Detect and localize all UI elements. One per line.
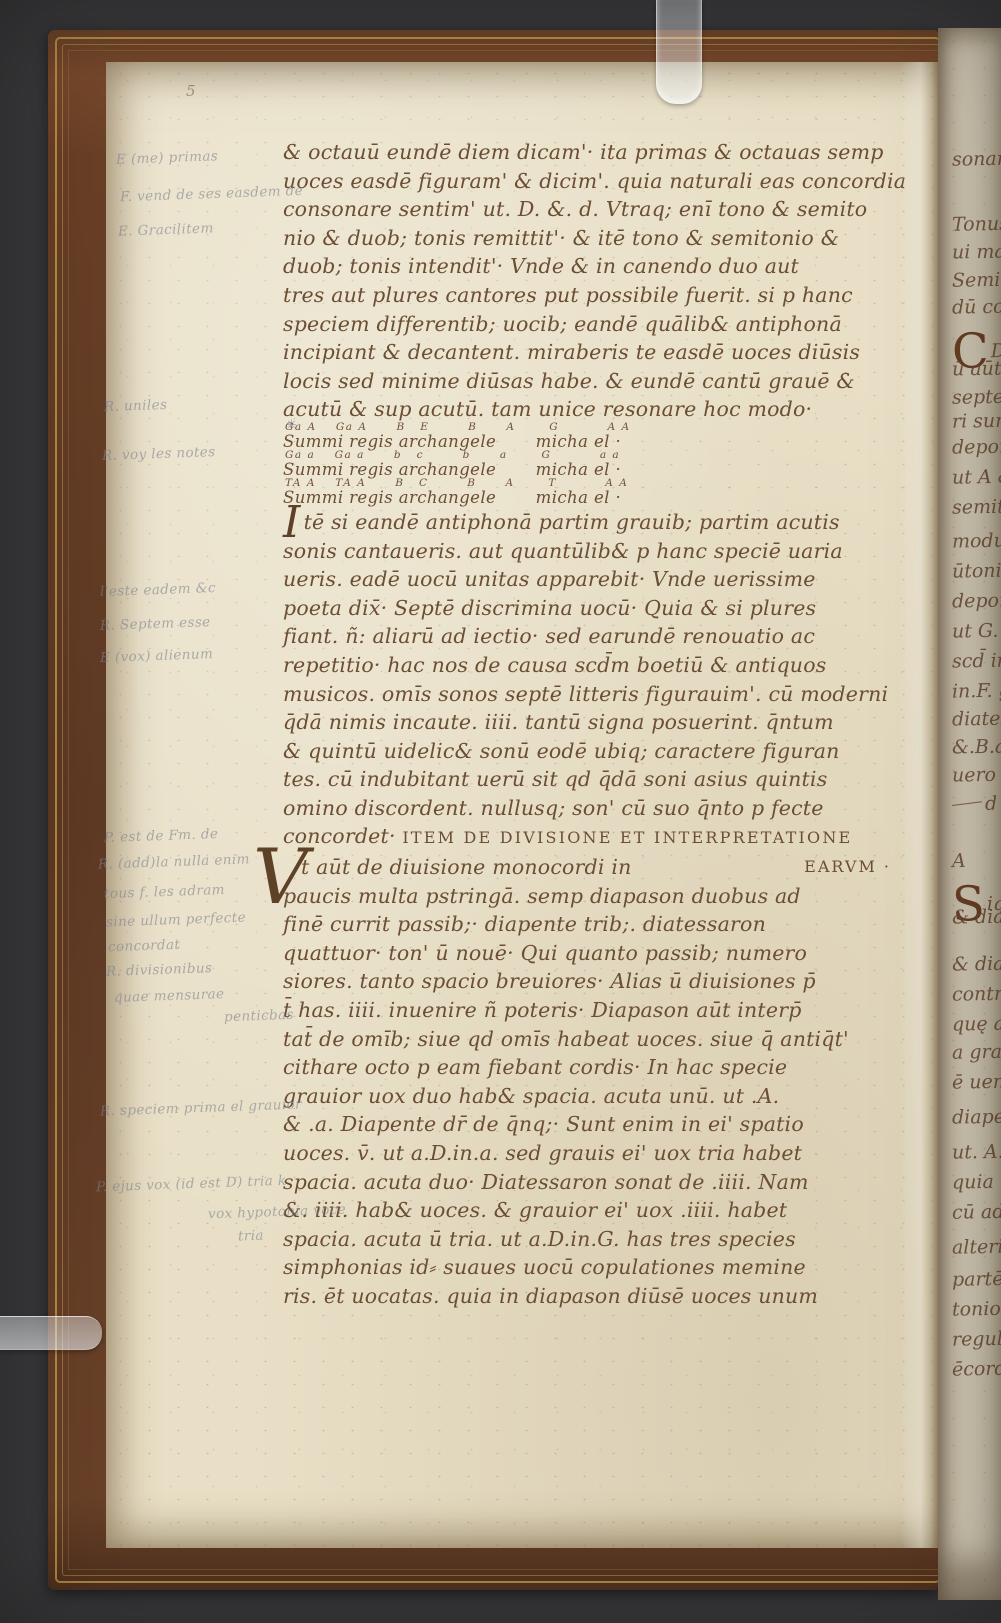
facing-page-line: ut G. b	[952, 619, 1001, 642]
facing-page-line: contrari	[952, 982, 1001, 1005]
facing-page-line: dū con,	[952, 295, 1001, 318]
manuscript-line: tat̄ de omīb; siue qd omīs habeat uoces.…	[283, 1025, 901, 1054]
pencil-margin-note: R. speciem prima el grauior	[100, 1096, 302, 1119]
manuscript-page: 5 ✳ & octauū eundē diem dicam'· ita prim…	[106, 62, 940, 1548]
manuscript-line: omino discordent. nullusq; son' cū suo q…	[283, 794, 901, 823]
facing-page-line: a grauib	[952, 1040, 1001, 1063]
facing-page-line: regulare	[952, 1327, 1001, 1350]
page-holder-clip-bottom	[0, 1316, 102, 1350]
facing-page-line: ri sunt e	[952, 409, 1001, 432]
manuscript-line: poeta dix̄· Septē discrimina uocū· Quia …	[283, 594, 901, 623]
manuscript-line: repetitio· hac nos de causa scd̄m boetiū…	[283, 651, 901, 680]
manuscript-line: sonis cantaueris. aut quantūlib& p hanc …	[283, 537, 901, 566]
manuscript-line: & octauū eundē diem dicam'· ita primas &…	[283, 138, 901, 167]
pencil-margin-note: P. ejus vox (id est D) tria k	[96, 1173, 287, 1196]
pencil-margin-note: F. vend de ses easdem de	[120, 183, 304, 205]
facing-page-line: modus⸗	[952, 529, 1001, 553]
pencil-margin-note: l'este eadem &c	[100, 580, 216, 600]
pencil-margin-note: tous f. les adram	[104, 882, 225, 902]
rubric-heading: EARVM ·	[804, 853, 891, 882]
facing-page-line: ut. A.E.	[952, 1140, 1001, 1163]
manuscript-line: concordet· ITEM DE DIVISIONE ET INTERPRE…	[283, 822, 901, 853]
facing-page-line: &.B.a	[952, 736, 1001, 759]
pencil-margin-note: P. est de Fm. de	[104, 826, 219, 846]
text-block: & octauū eundē diem dicam'· ita primas &…	[283, 138, 901, 1311]
page-holder-clip-top	[656, 0, 702, 104]
facing-page-line: ui mai	[952, 240, 1001, 263]
monochord-diagram-line	[952, 801, 982, 806]
chant-text: Summi regis archangele micha el ·	[283, 488, 621, 507]
facing-page-line: diapent	[952, 1105, 1001, 1128]
pencil-margin-note: R. (add)la nulla enim	[98, 851, 250, 872]
manuscript-line: consonare sentim' ut. D. &. d. Vtraq; en…	[283, 195, 901, 224]
pencil-margin-note: R. uniles	[104, 397, 168, 415]
manuscript-line: &. iiii. hab& uoces. & grauior ei' uox .…	[283, 1196, 901, 1225]
manuscript-photo: 5 ✳ & octauū eundē diem dicam'· ita prim…	[0, 0, 1001, 1623]
manuscript-line: nio & duob; tonis remittit'· & itē tono …	[283, 224, 901, 253]
facing-page-line: tonio pa	[952, 1297, 1001, 1320]
pencil-margin-note: E (vox) alienum	[100, 646, 214, 666]
pencil-margin-note: R. voy les notes	[102, 444, 216, 464]
manuscript-line: speciem differentib; uocib; eandē quālib…	[283, 310, 901, 339]
manuscript-line: locis sed minime diūsas habe. & eundē ca…	[283, 367, 901, 396]
facing-page-line: semiton	[952, 495, 1001, 518]
folio-mark: 5	[186, 82, 196, 100]
facing-page-line: d	[952, 793, 998, 816]
neume-line: TA A TA A B C B A T A ASummi regis archa…	[283, 480, 901, 508]
manuscript-line: tes. cū indubitant uerū sit qd q̄dā soni…	[283, 765, 901, 794]
manuscript-line: paucis multa pstringā. semp diapason duo…	[283, 882, 901, 911]
facing-page-line: in.F. ge	[952, 679, 1001, 702]
pencil-margin-note: R. divisionibus	[106, 960, 213, 980]
rubric-heading: ITEM DE DIVISIONE ET INTERPRETATIONE	[402, 828, 852, 847]
manuscript-line: & .a. Diapente dr̄ de q̄nq;· Sunt enim i…	[283, 1110, 901, 1139]
manuscript-line: simphonias id⸗ suaues uocū copulationes …	[283, 1253, 901, 1282]
pencil-margin-note: R. Septem esse	[100, 614, 211, 634]
manuscript-line: ris. ēt uocatas. quia in diapason diūsē …	[283, 1282, 901, 1311]
manuscript-line: spacia. acuta duo· Diatessaron sonat de …	[283, 1168, 901, 1197]
facing-page-line: depon	[952, 589, 1001, 612]
manuscript-line: incipiant & decantent. miraberis te easd…	[283, 338, 901, 367]
facing-page-line: Semiton	[952, 268, 1001, 291]
manuscript-line: ueris. eadē uocū unitas apparebit· Vnde …	[283, 565, 901, 594]
facing-page-line: ut A & D	[952, 465, 1001, 488]
facing-page-line: ū aūt	[952, 358, 1001, 381]
manuscript-line: spacia. acuta ū tria. ut a.D.in.G. has t…	[283, 1225, 901, 1254]
facing-page-line: ēcordia	[952, 1357, 1001, 1380]
facing-page-line: Tonus au	[952, 212, 1001, 236]
facing-page-line: ē ueniat	[952, 1070, 1001, 1093]
facing-page-edge: sonant'Tonus auui maiSemitondū con,CDE A…	[938, 28, 1001, 1600]
manuscript-line: VEARVM ·t aūt de diuisione monocordi in	[283, 853, 901, 882]
manuscript-line: siores. tanto spacio breuiores· Alias ū …	[283, 967, 901, 996]
manuscript-line: & quintū uidelic& sonū eodē ubiq; caract…	[283, 737, 901, 766]
manuscript-line: grauior uox duo hab& spacia. acuta unū. …	[283, 1082, 901, 1111]
manuscript-line: uoces easdē figuram' & dicim'. quia natu…	[283, 167, 901, 196]
manuscript-line: quattuor· ton' ū nouē· Qui quanto passib…	[283, 939, 901, 968]
pencil-margin-note: E. Gracilitem	[118, 220, 214, 239]
manuscript-line: t̄ has. iiii. inuenire ñ poteris· Diapas…	[283, 996, 901, 1025]
manuscript-line: tres aut plures cantores put possibile f…	[283, 281, 901, 310]
facing-page-line: diates	[952, 707, 1001, 730]
facing-page-line: quę ad	[952, 1012, 1001, 1035]
manuscript-line: acutū & sup acutū. tam unice resonare ho…	[283, 395, 901, 424]
manuscript-line: finē currit passib;· diapente trib;. dia…	[283, 910, 901, 939]
manuscript-line: duob; tonis intendit'· Vnde & in canendo…	[283, 252, 901, 281]
decorated-initial: V	[253, 839, 308, 915]
facing-page-line: & diap	[952, 905, 1001, 928]
facing-page-line: cū ad. C.	[952, 1200, 1001, 1223]
manuscript-line: cithare octo p eam fiebant cordis· In ha…	[283, 1053, 901, 1082]
pencil-margin-note: tria	[238, 1228, 264, 1245]
page-fore-edge	[900, 62, 940, 1548]
facing-page-line: quia ut	[952, 1170, 1001, 1193]
pencil-margin-note: sine ullum perfecte	[106, 910, 246, 931]
manuscript-line: uoces. v̄. ut a.D.in.a. sed grauis ei' u…	[283, 1139, 901, 1168]
manuscript-line: Itē si eandē antiphonā partim grauib; pa…	[283, 508, 901, 537]
neume-line: Ga A Ga A B E B A G A ASummi regis archa…	[283, 424, 901, 452]
facing-page-line: septenar	[952, 385, 1001, 408]
pencil-margin-note: penticbas	[224, 1007, 294, 1025]
facing-page-line: alterius	[952, 1235, 1001, 1258]
pencil-margin-note: E (me) primas	[116, 148, 219, 168]
facing-page-line: partē & s	[952, 1267, 1001, 1291]
pencil-margin-note: concordat	[108, 937, 181, 956]
manuscript-line: fiant. ñ: aliarū ad iectio· sed earundē …	[283, 622, 901, 651]
facing-page-line: uero ē	[952, 763, 1001, 786]
facing-page-line: A	[952, 850, 966, 872]
facing-page-line: & diape	[952, 952, 1001, 975]
neume-line: Ga a Ga a b c b a G a aSummi regis archa…	[283, 452, 901, 480]
pencil-margin-note: quae mensurae	[114, 986, 225, 1006]
facing-page-line: deponit	[952, 435, 1001, 458]
manuscript-line: q̄dā nimis incaute. iiii. tantū signa po…	[283, 708, 901, 737]
facing-page-line: sonant'	[952, 147, 1001, 170]
manuscript-line: musicos. omīs sonos septē litteris figur…	[283, 680, 901, 709]
facing-page-line: scd̄ in.	[952, 649, 1001, 672]
facing-page-line: ūtonis⸗	[952, 559, 1001, 583]
